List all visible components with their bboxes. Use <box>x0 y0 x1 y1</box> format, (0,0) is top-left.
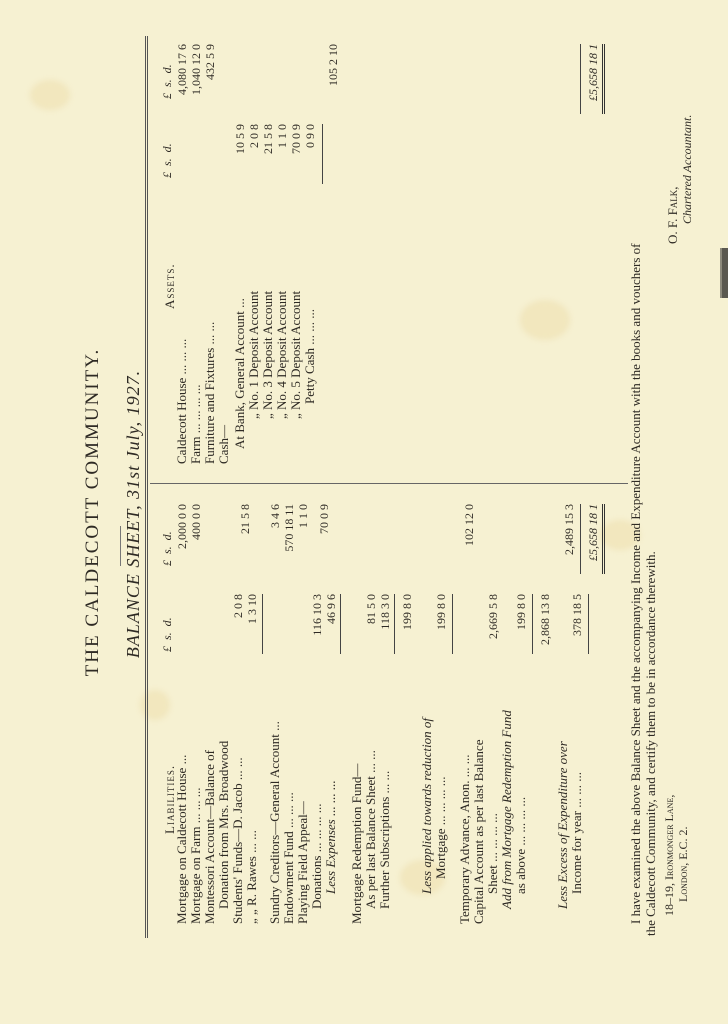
liability-subamount: 199 8 0 <box>400 594 414 664</box>
rule <box>262 594 263 654</box>
liability-amount: 400 0 0 <box>189 504 203 584</box>
liability-label: Mortgage ... ... ... ... <box>434 776 448 879</box>
rule <box>580 44 581 114</box>
liability-amount: 1 1 0 <box>296 504 310 584</box>
auditor-title: Chartered Accountant. <box>680 115 695 224</box>
asset-amount: 105 2 10 <box>326 44 340 124</box>
liability-label: „ „ R. Rawes ... ... <box>245 830 259 924</box>
asset-amount: 1,040 12 0 <box>189 44 203 124</box>
liability-subamount: 2,669 5 8 <box>486 594 500 664</box>
asset-subamount: 21 5 8 <box>261 124 275 194</box>
liability-label: Mortgage on Caldecott House ... <box>175 755 189 924</box>
liability-subamount: 2,868 13 8 <box>538 594 552 664</box>
liability-amount: 2,489 15 3 <box>562 504 576 584</box>
asset-label: Petty Cash ... ... ... <box>303 309 317 404</box>
rule <box>394 594 395 654</box>
liability-subamount: 118 3 0 <box>378 594 392 664</box>
asset-subamount: 2 0 8 <box>247 124 261 194</box>
asset-subamount: 10 5 9 <box>233 124 247 194</box>
liability-subamount: 116 10 3 <box>310 594 324 664</box>
liability-label: Sundry Creditors—General Account ... <box>268 721 282 924</box>
asset-label: „ No. 4 Deposit Account <box>275 291 289 419</box>
assets-heading: Assets. <box>162 263 178 309</box>
rule <box>452 594 453 654</box>
currency-header: £ s. d. <box>160 143 175 178</box>
liability-amount: 21 5 8 <box>238 504 252 584</box>
asset-subamount: 70 0 9 <box>289 124 303 194</box>
certificate-text-line-2: the Caldecott Community, and certify the… <box>643 551 658 936</box>
currency-header: £ s. d. <box>160 617 175 652</box>
auditor-address-line-1: 18–19, Ironmonger Lane, <box>662 795 677 916</box>
assets-total: £5,658 18 1 <box>586 44 600 134</box>
liability-label: Sheet ... ... ... ... <box>486 813 500 894</box>
liability-subamount: 199 8 0 <box>434 594 448 664</box>
asset-label: „ No. 5 Deposit Account <box>289 291 303 419</box>
liability-label: Less applied towards reduction of <box>420 718 434 894</box>
double-rule <box>602 44 605 114</box>
column-divider <box>150 483 628 484</box>
asset-subamount: 1 1 0 <box>275 124 289 194</box>
liability-label: Add from Mortgage Redemption Fund <box>500 710 514 909</box>
asset-label: „ No. 3 Deposit Account <box>261 291 275 419</box>
currency-header: £ s. d. <box>160 64 175 99</box>
liability-label: Less Expenses ... ... ... <box>324 780 338 894</box>
asset-subamount: 0 9 0 <box>303 124 317 194</box>
auditor-name: O. F. Falk, <box>665 186 680 244</box>
document-subtitle: BALANCE SHEET, 31st July, 1927. <box>123 304 144 724</box>
liability-label: Donation from Mrs. Broadwood <box>217 741 231 909</box>
asset-label: Caldecott House ... ... ... <box>175 339 189 464</box>
rule <box>340 594 341 654</box>
asset-label: Farm ... ... ... ... <box>189 385 203 464</box>
liability-label: Mortgage Redemption Fund— <box>350 764 364 924</box>
liability-label: Less Excess of Expenditure over <box>556 741 570 909</box>
double-rule <box>602 504 605 574</box>
liability-amount: 3 4 6 <box>268 504 282 584</box>
liability-label: Montessori Account—Balance of <box>203 750 217 924</box>
liability-label: Capital Account as per last Balance <box>472 740 486 924</box>
liability-subamount: 46 9 6 <box>324 594 338 664</box>
rule <box>588 594 589 654</box>
liability-subamount: 2 0 8 <box>231 594 245 664</box>
liability-label: Endowment Fund ... ... ... <box>282 792 296 924</box>
liability-label: Mortgage on Farm ... ... ... <box>189 788 203 924</box>
rule <box>322 124 323 184</box>
asset-label: „ No. 1 Deposit Account <box>247 291 261 419</box>
liability-label: Further Subscriptions ... ... <box>378 771 392 909</box>
liability-amount: 2,000 0 0 <box>175 504 189 584</box>
certificate-text-line-1: I have examined the above Balance Sheet … <box>628 244 643 924</box>
liability-label: As per last Balance Sheet ... ... <box>364 750 378 909</box>
auditor-address-line-2: London, E.C. 2. <box>676 826 691 902</box>
asset-amount: 4,080 17 6 <box>175 44 189 124</box>
liability-label: Students' Funds—D. Jacob ... ... <box>231 757 245 924</box>
liability-label: as above ... ... ... ... <box>514 797 528 894</box>
asset-label: At Bank, General Account ... <box>233 298 247 449</box>
balance-sheet-page: THE CALDECOTT COMMUNITY. BALANCE SHEET, … <box>0 0 728 1024</box>
rule <box>580 504 581 574</box>
liability-subamount: 199 8 0 <box>514 594 528 664</box>
currency-header: £ s. d. <box>160 531 175 566</box>
rule <box>532 594 533 654</box>
liability-label: Income for year ... ... ... <box>570 772 584 894</box>
liability-label: Playing Field Appeal— <box>296 801 310 924</box>
asset-label: Cash— <box>217 425 231 464</box>
liabilities-total: £5,658 18 1 <box>586 504 600 594</box>
liability-subamount: 378 18 5 <box>570 594 584 664</box>
liability-amount: 70 0 9 <box>317 504 331 584</box>
liability-label: Temporary Advance, Anon. ... ... <box>458 755 472 925</box>
asset-amount: 432 5 9 <box>203 44 217 124</box>
document-title: THE CALDECOTT COMMUNITY. <box>82 0 104 1024</box>
liability-subamount: 1 3 10 <box>245 594 259 664</box>
liability-amount: 570 18 11 <box>282 504 296 584</box>
liability-subamount: 81 5 0 <box>364 594 378 664</box>
liability-amount: 102 12 0 <box>462 504 476 584</box>
title-rule <box>120 526 121 566</box>
asset-label: Furniture and Fixtures ... ... <box>203 322 217 464</box>
liability-label: Donations ... ... ... ... <box>310 804 324 909</box>
